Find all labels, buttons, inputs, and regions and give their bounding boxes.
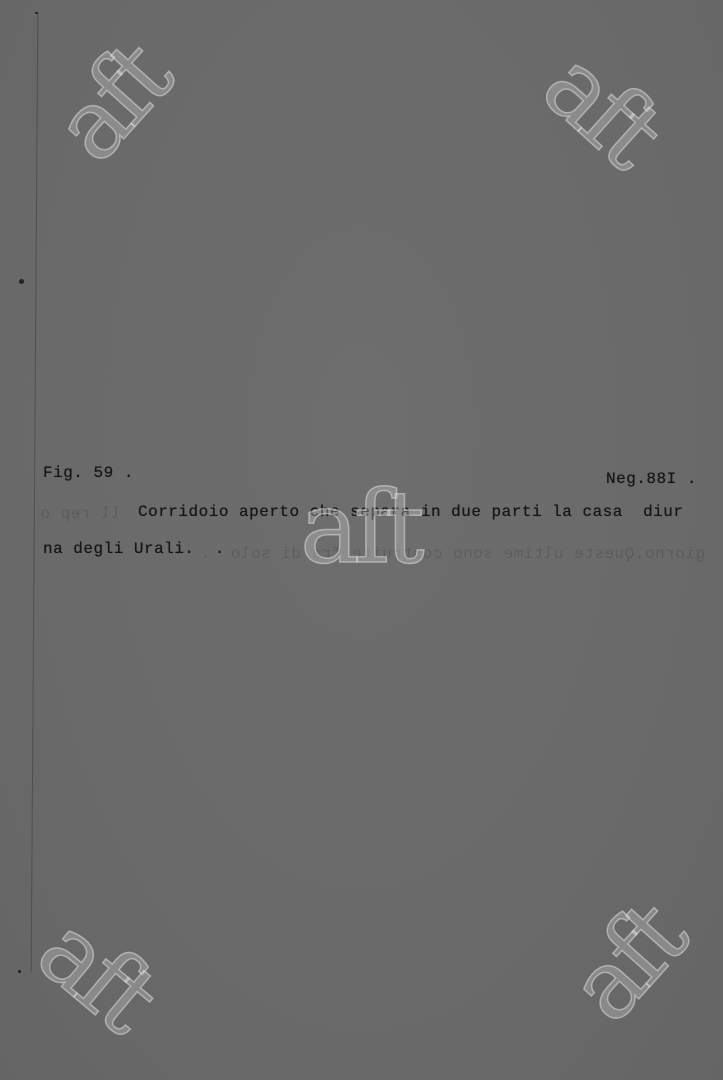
negative-number: Neg.88I . xyxy=(606,470,697,488)
ink-speck xyxy=(18,970,21,973)
margin-rule xyxy=(31,12,39,972)
document-page: ll rep o giorno.Queste ultime sono costr… xyxy=(0,0,723,1080)
watermark-logo: aft xyxy=(553,889,700,1037)
figure-label: Fig. 59 . xyxy=(43,464,134,482)
ink-speck xyxy=(35,12,38,14)
bleed-through-text: giorno.Queste ultime sono costruite fra … xyxy=(200,545,705,563)
ink-speck xyxy=(19,279,24,284)
watermark-logo: aft xyxy=(38,29,185,177)
watermark-logo: aft xyxy=(527,34,675,181)
bleed-through-text: ll rep o xyxy=(40,505,121,523)
watermark-logo: aft xyxy=(22,900,171,1046)
caption-line-2: na degli Urali. . xyxy=(43,540,225,558)
watermark-logo: aft xyxy=(300,478,419,578)
